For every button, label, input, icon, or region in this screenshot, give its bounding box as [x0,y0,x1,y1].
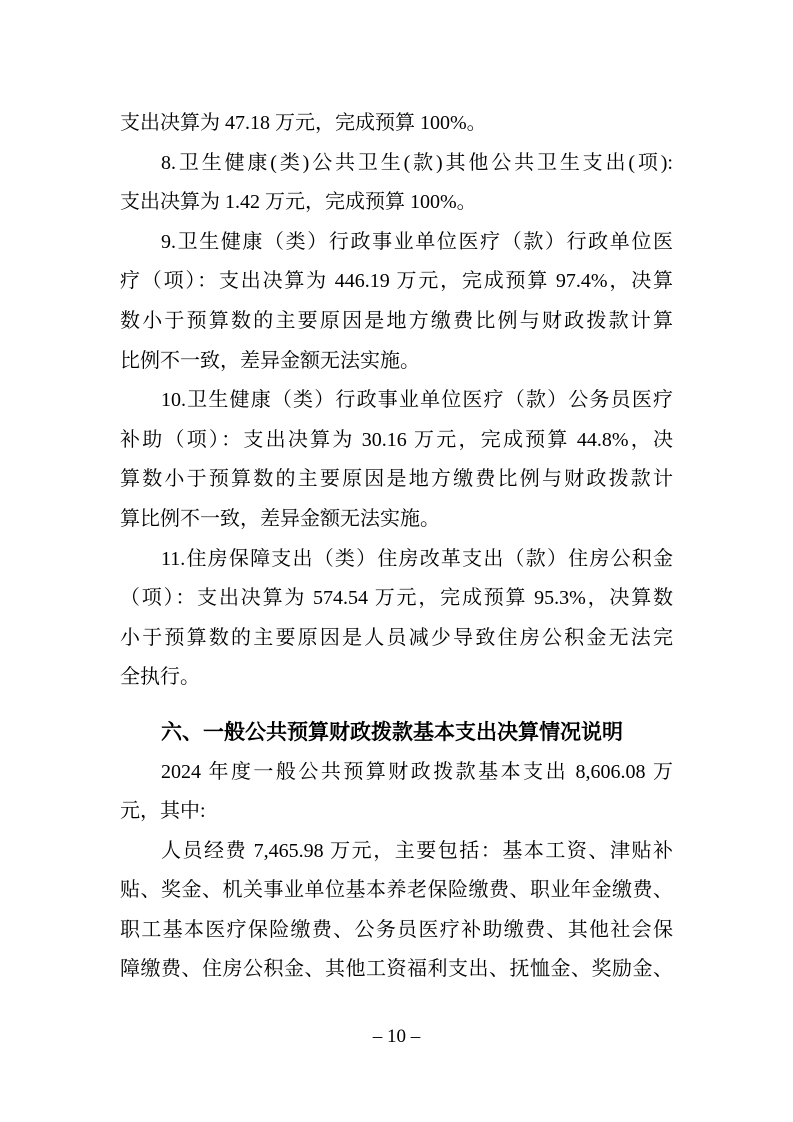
text-line: 2024 年度一般公共预算财政拨款基本支出 8,606.08 万 [120,753,673,793]
document-body: 支出决算为 47.18 万元，完成预算 100%。8.卫生健康(类)公共卫生(款… [120,104,673,990]
text-line: 11.住房保障支出（类）住房改革支出（款）住房公积金 [120,540,673,580]
text-line: 支出决算为 1.42 万元，完成预算 100%。 [120,183,673,223]
text-line: 障缴费、住房公积金、其他工资福利支出、抚恤金、奖励金、 [120,950,673,990]
text-line: 补助（项）：支出决算为 30.16 万元，完成预算 44.8%，决 [120,421,673,461]
text-line: 小于预算数的主要原因是人员减少导致住房公积金无法完 [120,619,673,659]
text-line: （项）：支出决算为 574.54 万元，完成预算 95.3%，决算数 [120,579,673,619]
item7-continuation: 支出决算为 47.18 万元，完成预算 100%。 [120,104,673,144]
item9-admin-unit-medical: 9.卫生健康（类）行政事业单位医疗（款）行政单位医疗（项）：支出决算为 446.… [120,223,673,381]
document-page: 支出决算为 47.18 万元，完成预算 100%。8.卫生健康(类)公共卫生(款… [0,0,793,1122]
text-line: 算比例不一致，差异金额无法实施。 [120,500,673,540]
section6-total: 2024 年度一般公共预算财政拨款基本支出 8,606.08 万元，其中: [120,753,673,832]
text-line: 9.卫生健康（类）行政事业单位医疗（款）行政单位医 [120,223,673,263]
text-line: 支出决算为 47.18 万元，完成预算 100%。 [120,104,673,144]
text-line: 10.卫生健康（类）行政事业单位医疗（款）公务员医疗 [120,381,673,421]
text-line: 数小于预算数的主要原因是地方缴费比例与财政拨款计算 [120,302,673,342]
text-line: 全执行。 [120,658,673,698]
text-line: 8.卫生健康(类)公共卫生(款)其他公共卫生支出(项): [120,144,673,184]
text-line: 疗（项）：支出决算为 446.19 万元，完成预算 97.4%，决算 [120,262,673,302]
item11-housing-fund: 11.住房保障支出（类）住房改革支出（款）住房公积金（项）：支出决算为 574.… [120,540,673,698]
text-line: 比例不一致，差异金额无法实施。 [120,342,673,382]
item8-other-public-health: 8.卫生健康(类)公共卫生(款)其他公共卫生支出(项):支出决算为 1.42 万… [120,144,673,223]
page-number: – 10 – [373,1026,421,1047]
item10-civil-servant-medical-subsidy: 10.卫生健康（类）行政事业单位医疗（款）公务员医疗补助（项）：支出决算为 30… [120,381,673,539]
text-line: 贴、奖金、机关事业单位基本养老保险缴费、职业年金缴费、 [120,871,673,911]
text-line: 算数小于预算数的主要原因是地方缴费比例与财政拨款计 [120,460,673,500]
personnel-expense: 人员经费 7,465.98 万元，主要包括：基本工资、津贴补贴、奖金、机关事业单… [120,832,673,990]
text-line: 人员经费 7,465.98 万元，主要包括：基本工资、津贴补 [120,832,673,872]
text-line: 职工基本医疗保险缴费、公务员医疗补助缴费、其他社会保 [120,911,673,951]
page-footer: – 10 – [0,1026,793,1048]
section6-heading: 六、一般公共预算财政拨款基本支出决算情况说明 [120,713,673,753]
text-line: 元，其中: [120,792,673,832]
text-line: 六、一般公共预算财政拨款基本支出决算情况说明 [120,713,673,753]
